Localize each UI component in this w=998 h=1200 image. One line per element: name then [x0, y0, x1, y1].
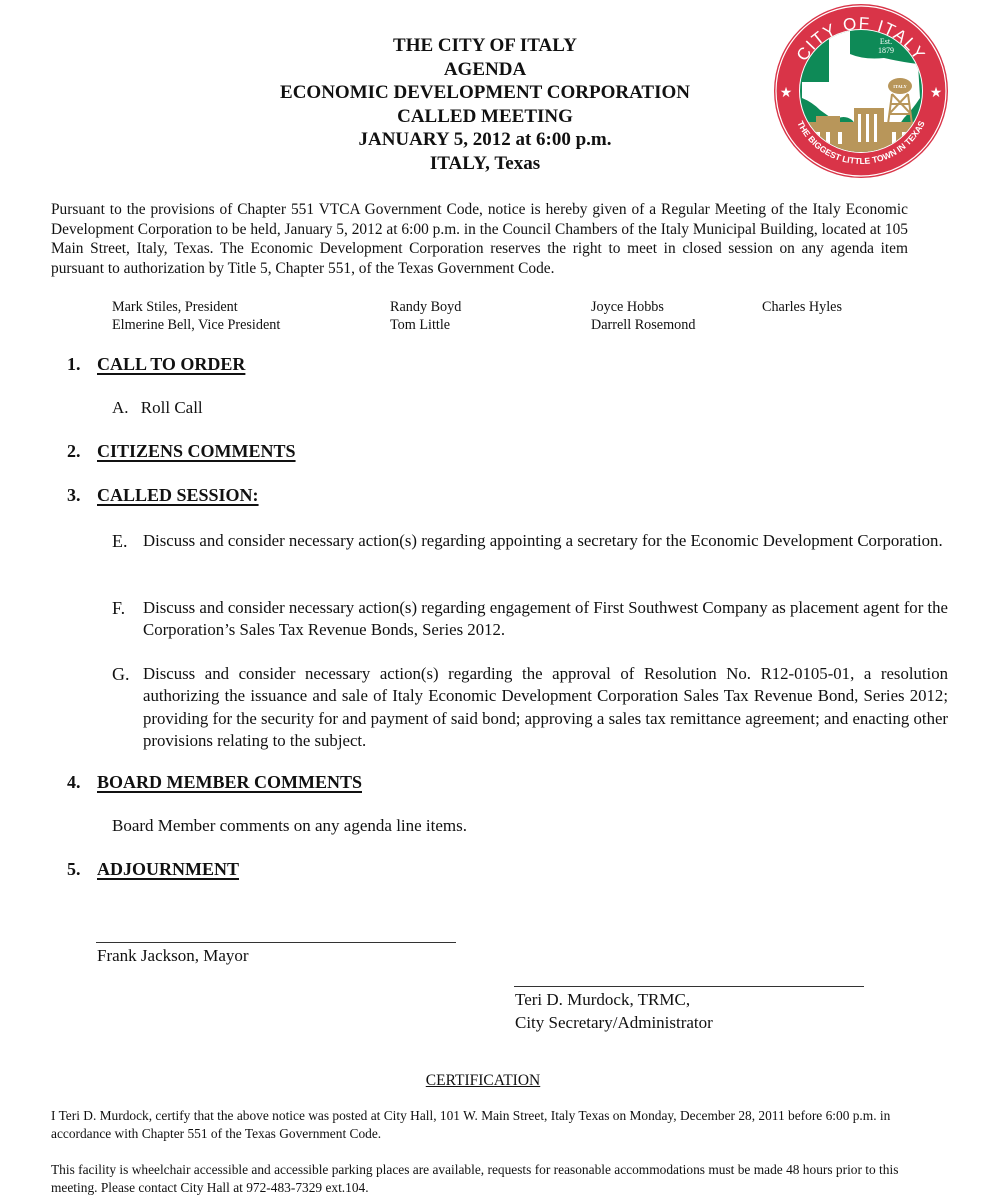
- roll-call-item: A. Roll Call: [112, 398, 203, 418]
- item-text: Discuss and consider necessary action(s)…: [143, 663, 948, 752]
- item-text: Discuss and consider necessary action(s)…: [143, 597, 948, 642]
- item-letter: F.: [112, 597, 125, 619]
- member-name: Randy Boyd: [390, 298, 461, 316]
- item-letter: G.: [112, 663, 130, 685]
- secretary-signature-block: Teri D. Murdock, TRMC, City Secretary/Ad…: [515, 989, 713, 1034]
- item-text: Discuss and consider necessary action(s)…: [143, 530, 948, 552]
- header-date: JANUARY 5, 2012 at 6:00 p.m.: [230, 128, 740, 152]
- member-vice-president: Elmerine Bell, Vice President: [112, 316, 280, 334]
- header-city: THE CITY OF ITALY: [230, 34, 740, 58]
- board-members: Mark Stiles, President Randy Boyd Joyce …: [0, 298, 998, 338]
- header-meeting-type: CALLED MEETING: [230, 105, 740, 129]
- agenda-item-g: G. Discuss and consider necessary action…: [112, 663, 948, 752]
- member-name: Darrell Rosemond: [591, 316, 695, 334]
- seal-est-year: 1879: [878, 46, 894, 55]
- header-organization: ECONOMIC DEVELOPMENT CORPORATION: [230, 81, 740, 105]
- section-number: 5.: [67, 859, 81, 880]
- agenda-item-f: F. Discuss and consider necessary action…: [112, 597, 948, 642]
- mayor-signature-line: [96, 942, 456, 943]
- section-title: ADJOURNMENT: [97, 859, 239, 880]
- header-agenda: AGENDA: [230, 58, 740, 82]
- accessibility-notice: This facility is wheelchair accessible a…: [51, 1161, 931, 1196]
- section-number: 4.: [67, 772, 81, 793]
- star-icon: ★: [780, 86, 793, 101]
- meeting-notice-paragraph: Pursuant to the provisions of Chapter 55…: [51, 200, 908, 278]
- star-icon: ★: [930, 86, 943, 101]
- member-president: Mark Stiles, President: [112, 298, 238, 316]
- seal-tower-label: ITALY: [893, 84, 907, 89]
- section-title: CITIZENS COMMENTS: [97, 441, 296, 462]
- mayor-signature-name: Frank Jackson, Mayor: [97, 945, 249, 968]
- secretary-signature-line: [514, 986, 864, 987]
- secretary-title: City Secretary/Administrator: [515, 1012, 713, 1035]
- section-number: 1.: [67, 354, 81, 375]
- certification-title: CERTIFICATION: [0, 1072, 966, 1090]
- certification-statement: I Teri D. Murdock, certify that the abov…: [51, 1107, 931, 1142]
- section-title: BOARD MEMBER COMMENTS: [97, 772, 362, 793]
- agenda-item-e: E. Discuss and consider necessary action…: [112, 530, 948, 552]
- document-header: THE CITY OF ITALY AGENDA ECONOMIC DEVELO…: [230, 34, 740, 175]
- section-number: 3.: [67, 485, 81, 506]
- header-location: ITALY, Texas: [230, 152, 740, 176]
- member-name: Tom Little: [390, 316, 450, 334]
- item-text: Roll Call: [141, 398, 203, 417]
- secretary-name: Teri D. Murdock, TRMC,: [515, 989, 713, 1012]
- board-comments-text: Board Member comments on any agenda line…: [112, 816, 467, 836]
- section-number: 2.: [67, 441, 81, 462]
- item-letter: E.: [112, 530, 128, 552]
- city-seal-logo: ITALY Est. 1879 CITY OF ITALY THE BIGGES…: [772, 2, 950, 178]
- item-letter: A.: [112, 398, 129, 417]
- section-title: CALL TO ORDER: [97, 354, 245, 375]
- member-name: Charles Hyles: [762, 298, 842, 316]
- section-title: CALLED SESSION:: [97, 485, 259, 506]
- member-name: Joyce Hobbs: [591, 298, 664, 316]
